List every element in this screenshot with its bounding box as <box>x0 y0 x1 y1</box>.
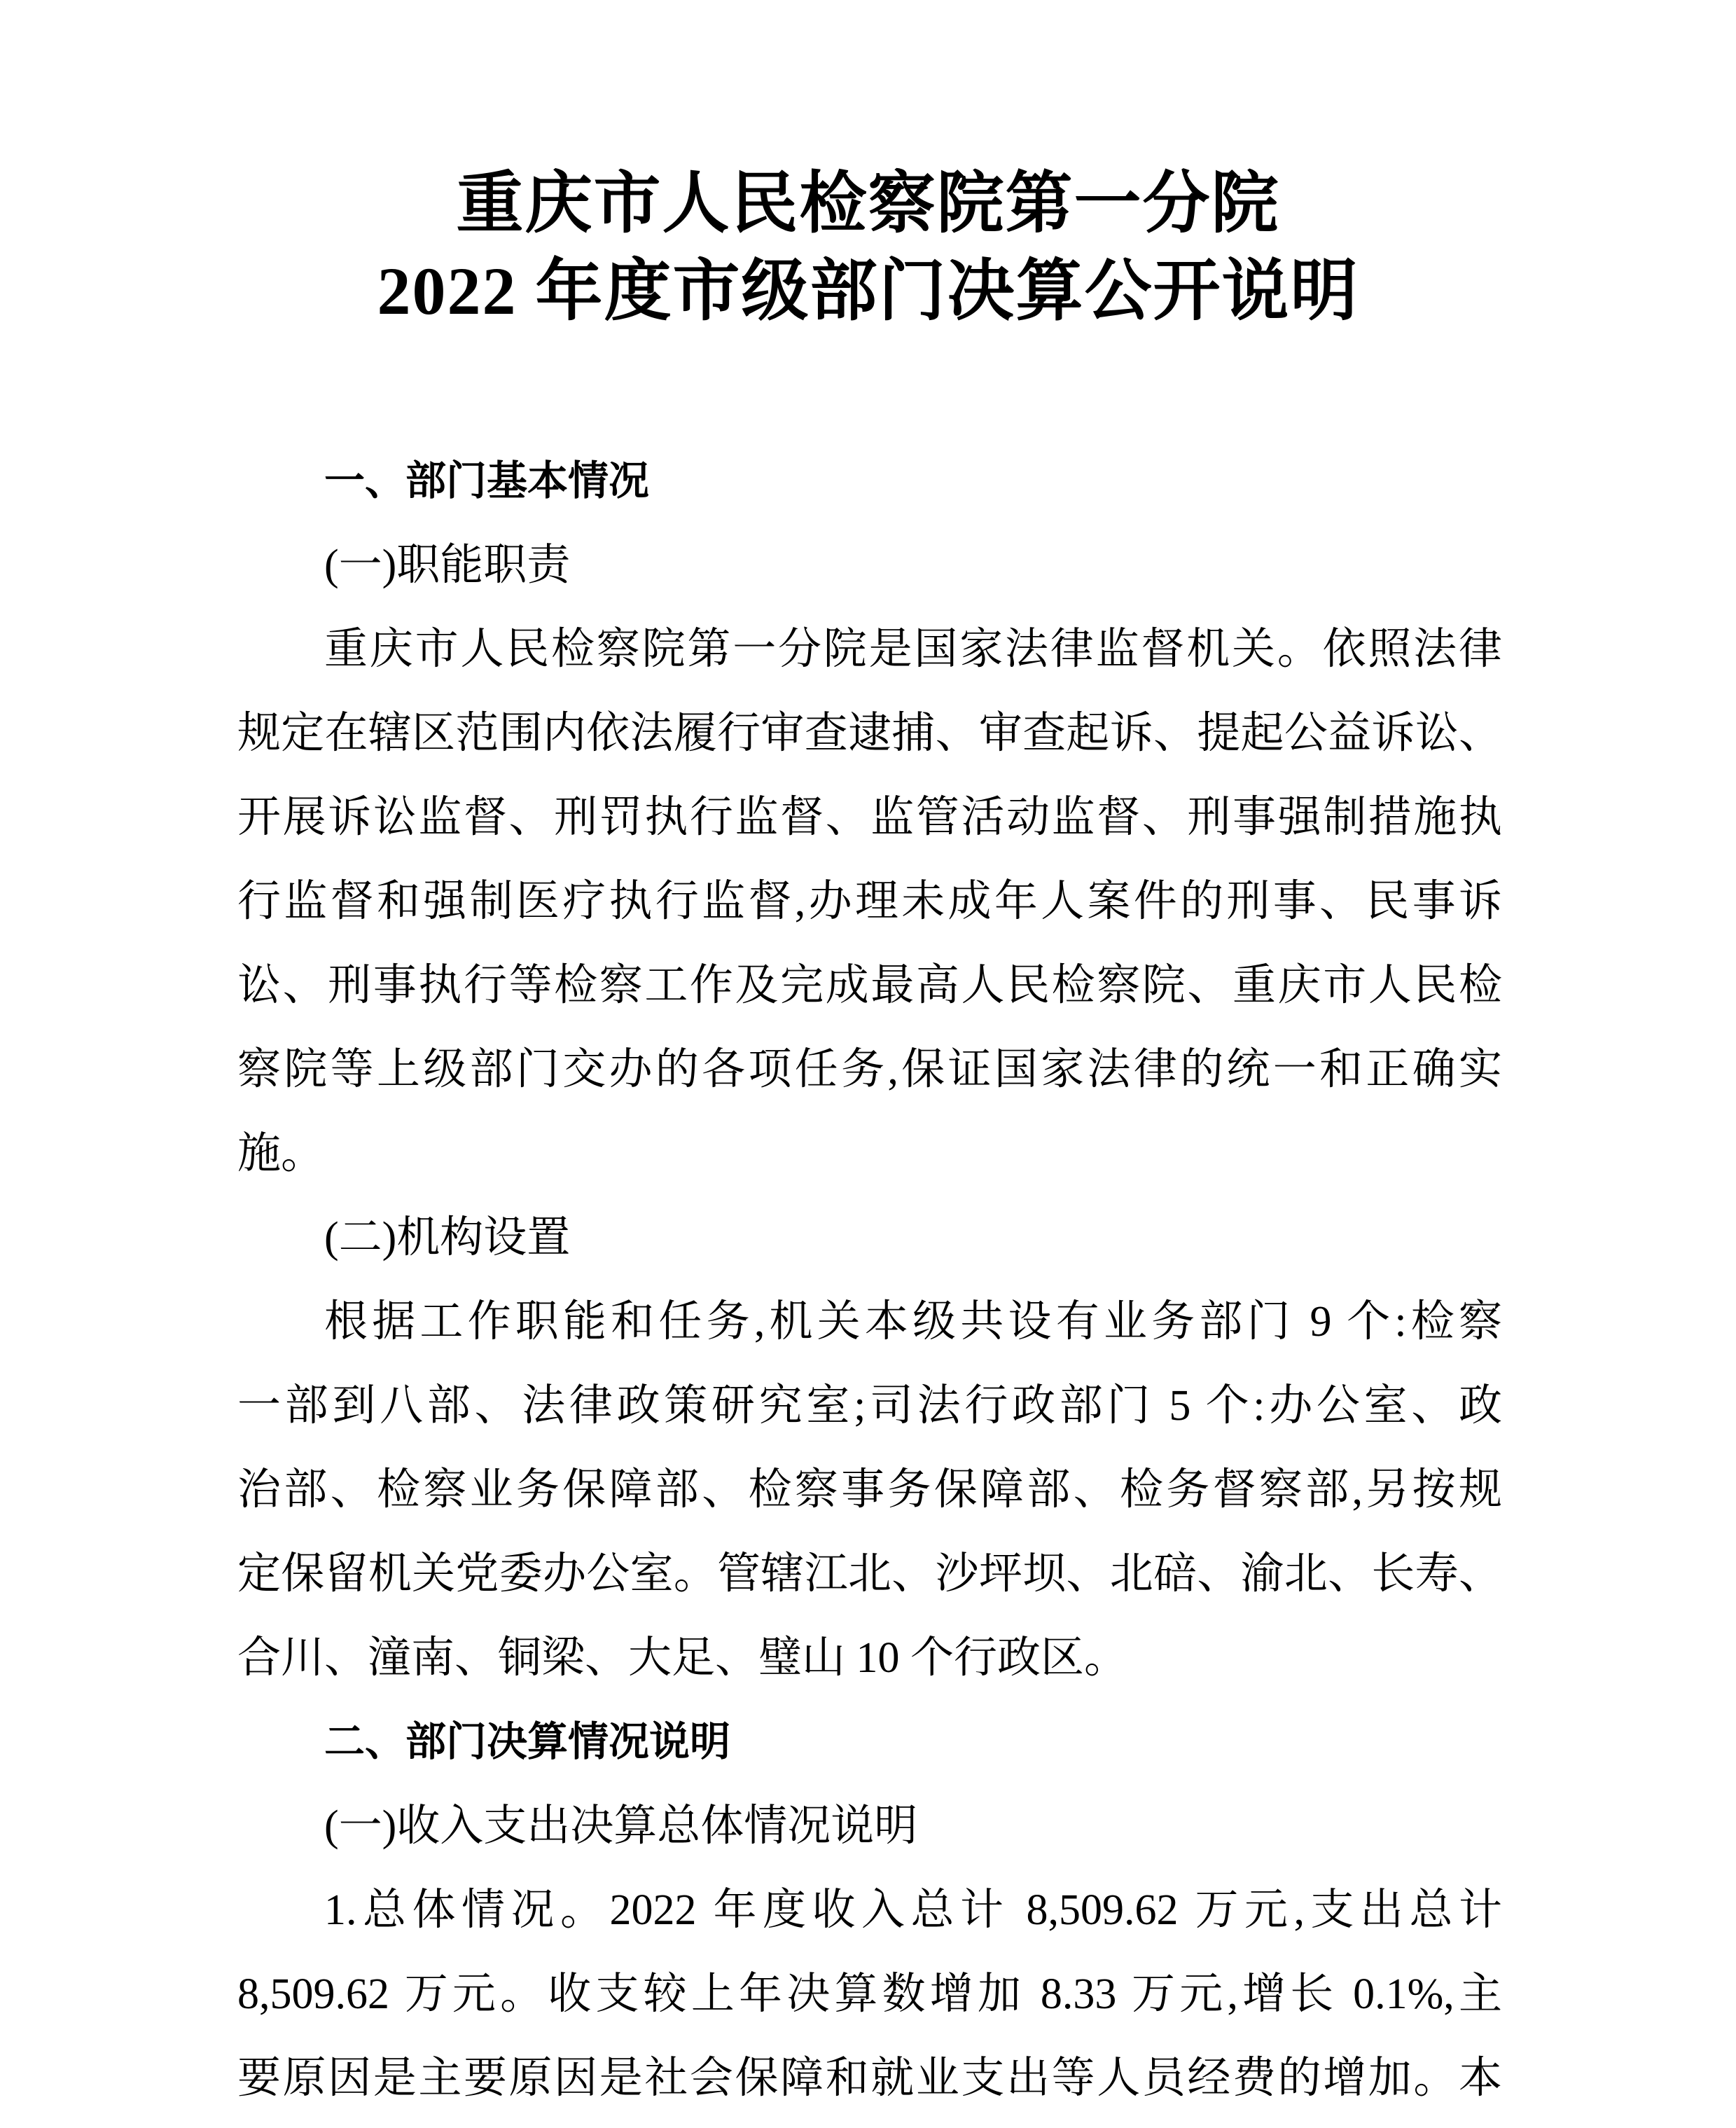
paragraph-3-line-1: 1.总体情况。2022 年度收入总计 8,509.62 万元,支出总计 <box>237 1868 1502 1952</box>
section-heading-1: 一、部门基本情况 <box>237 439 1502 523</box>
document-body: 一、部门基本情况 (一)职能职责 重庆市人民检察院第一分院是国家法律监督机关。依… <box>237 439 1502 2120</box>
paragraph-3-line-2: 8,509.62 万元。收支较上年决算数增加 8.33 万元,增长 0.1%,主 <box>237 1952 1502 2036</box>
paragraph-1-line-5: 讼、刑事执行等检察工作及完成最高人民检察院、重庆市人民检 <box>237 944 1502 1028</box>
section-heading-2: 二、部门决算情况说明 <box>237 1700 1502 1784</box>
document-page: 重庆市人民检察院第一分院 2022 年度市级部门决算公开说明 一、部门基本情况 … <box>0 0 1736 2128</box>
paragraph-1-line-6: 察院等上级部门交办的各项任务,保证国家法律的统一和正确实 <box>237 1028 1502 1112</box>
subsection-heading-2-1: (一)收入支出决算总体情况说明 <box>237 1784 1502 1868</box>
document-title-line-1: 重庆市人民检察院第一分院 <box>0 160 1736 247</box>
paragraph-2-line-2: 一部到八部、法律政策研究室;司法行政部门 5 个:办公室、政 <box>237 1364 1502 1448</box>
paragraph-2-line-4: 定保留机关党委办公室。管辖江北、沙坪坝、北碚、渝北、长寿、 <box>237 1532 1502 1616</box>
subsection-heading-1-1: (一)职能职责 <box>237 523 1502 607</box>
paragraph-2-line-1: 根据工作职能和任务,机关本级共设有业务部门 9 个:检察 <box>237 1280 1502 1364</box>
document-title-line-2: 2022 年度市级部门决算公开说明 <box>0 247 1736 335</box>
paragraph-1-line-4: 行监督和强制医疗执行监督,办理未成年人案件的刑事、民事诉 <box>237 859 1502 944</box>
paragraph-1-line-7: 施。 <box>237 1112 1502 1196</box>
paragraph-2-line-5: 合川、潼南、铜梁、大足、璧山 10 个行政区。 <box>237 1616 1502 1700</box>
paragraph-1-line-3: 开展诉讼监督、刑罚执行监督、监管活动监督、刑事强制措施执 <box>237 775 1502 859</box>
paragraph-1-line-2: 规定在辖区范围内依法履行审查逮捕、审查起诉、提起公益诉讼、 <box>237 691 1502 775</box>
paragraph-3-line-3: 要原因是主要原因是社会保障和就业支出等人员经费的增加。本 <box>237 2036 1502 2120</box>
paragraph-2-line-3: 治部、检察业务保障部、检察事务保障部、检务督察部,另按规 <box>237 1448 1502 1532</box>
document-title: 重庆市人民检察院第一分院 2022 年度市级部门决算公开说明 <box>0 160 1736 335</box>
subsection-heading-1-2: (二)机构设置 <box>237 1196 1502 1280</box>
paragraph-1-line-1: 重庆市人民检察院第一分院是国家法律监督机关。依照法律 <box>237 607 1502 691</box>
